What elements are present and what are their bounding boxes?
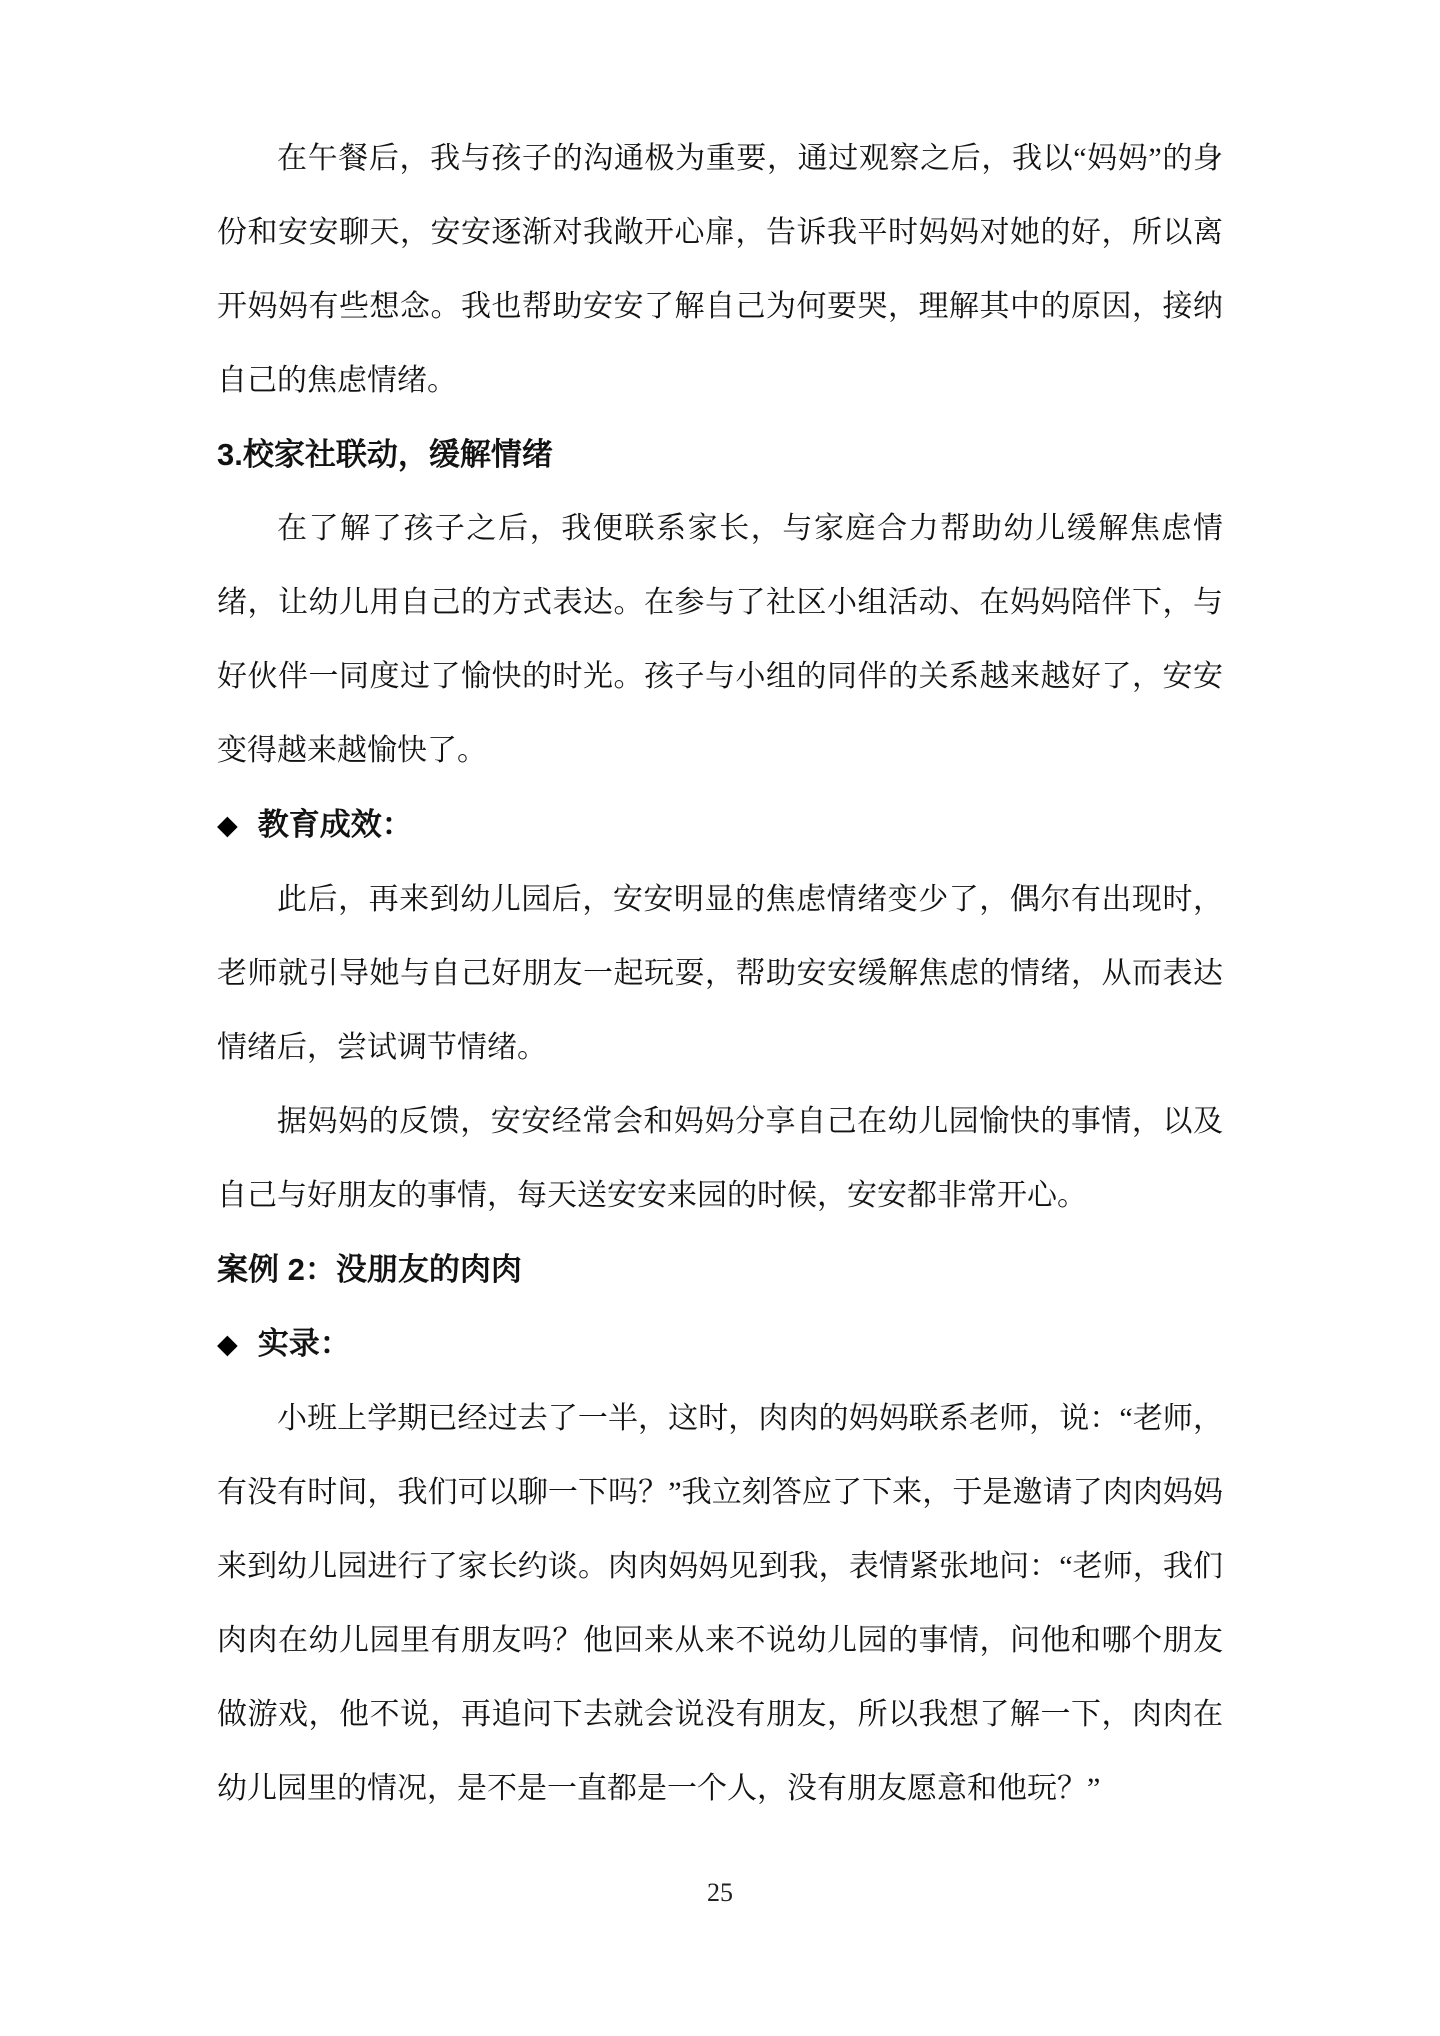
- bullet-heading-label: 教育成效：: [258, 807, 413, 842]
- paragraph-roro-mother-call: 小班上学期已经过去了一半，这时，肉肉的妈妈联系老师，说：“老师，有没有时间，我们…: [217, 1382, 1223, 1826]
- section-heading-case-2: 案例 2：没朋友的肉肉: [217, 1233, 1223, 1307]
- paragraph-anxiety-reduced: 此后，再来到幼儿园后，安安明显的焦虑情绪变少了，偶尔有出现时，老师就引导她与自己…: [217, 863, 1223, 1085]
- diamond-bullet-icon: ◆: [217, 1308, 238, 1382]
- page-content: 在午餐后，我与孩子的沟通极为重要，通过观察之后，我以“妈妈”的身份和安安聊天，安…: [217, 122, 1223, 1826]
- section-heading-school-family-community: 3.校家社联动，缓解情绪: [217, 418, 1223, 492]
- paragraph-mother-feedback: 据妈妈的反馈，安安经常会和妈妈分享自己在幼儿园愉快的事情，以及自己与好朋友的事情…: [217, 1085, 1223, 1233]
- bullet-heading-label: 实录：: [258, 1326, 351, 1361]
- page-number: 25: [0, 1876, 1440, 1910]
- diamond-bullet-icon: ◆: [217, 789, 238, 863]
- paragraph-contact-parents: 在了解了孩子之后，我便联系家长，与家庭合力帮助幼儿缓解焦虑情绪，让幼儿用自己的方…: [217, 492, 1223, 788]
- bullet-heading-record: ◆实录：: [217, 1307, 1223, 1382]
- paragraph-lunch-communication: 在午餐后，我与孩子的沟通极为重要，通过观察之后，我以“妈妈”的身份和安安聊天，安…: [217, 122, 1223, 418]
- document-page: 在午餐后，我与孩子的沟通极为重要，通过观察之后，我以“妈妈”的身份和安安聊天，安…: [0, 0, 1440, 2036]
- bullet-heading-education-results: ◆教育成效：: [217, 788, 1223, 863]
